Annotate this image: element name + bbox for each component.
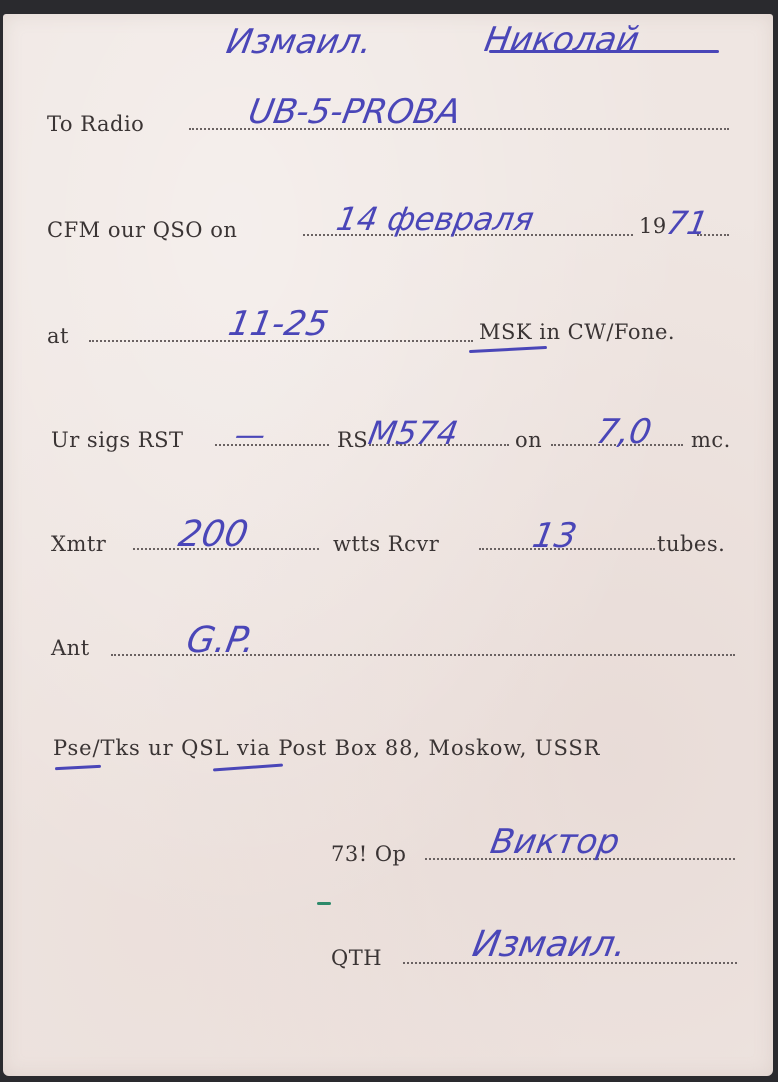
freq-on-label: on [515, 428, 542, 452]
qso-year-line [697, 234, 729, 236]
time-suffix: MSK in CW/Fone. [479, 320, 675, 344]
qso-year-handwritten: 71 [664, 204, 711, 242]
pse-underline [55, 765, 101, 770]
rst-value: — [232, 418, 268, 453]
time-label: at [47, 324, 69, 348]
xmtr-value: 200 [175, 514, 251, 555]
qso-date-label: CFM our QSO on [47, 218, 237, 242]
rst-label: Ur sigs RST [51, 428, 184, 452]
time-value: 11-25 [225, 304, 331, 344]
qso-year-printed: 19 [639, 214, 667, 238]
freq-value: 7,0 [593, 412, 654, 452]
antenna-label: Ant [51, 636, 90, 660]
qsl-via-text: Pse/Tks ur QSL via Post Box 88, Moskow, … [53, 736, 600, 760]
antenna-value: G.P. [183, 620, 258, 661]
rsm-label: RS [337, 428, 368, 452]
stray-ink-mark [317, 902, 331, 905]
rcvr-value: 13 [529, 516, 579, 556]
qth-value: Измаил. [469, 924, 629, 965]
header-city: Измаил. [223, 22, 375, 62]
qso-date-value: 14 февраля [334, 200, 537, 238]
header-name: Николай [481, 20, 642, 60]
rsm-value: M574 [366, 414, 461, 452]
tubes-unit: tubes. [657, 532, 725, 556]
operator-label: 73! Op [331, 842, 407, 866]
operator-value: Виктор [487, 822, 622, 862]
xmtr-label: Xmtr [51, 532, 106, 556]
qth-label: QTH [331, 946, 382, 970]
rsm-line [369, 444, 509, 446]
qsl-card: Измаил. Николай To Radio UB-5-PROBA CFM … [3, 14, 773, 1076]
freq-unit: mc. [691, 428, 731, 452]
qsl-underline [213, 764, 283, 772]
msk-underline [469, 346, 547, 353]
header-name-underline [489, 50, 719, 53]
wtts-rcvr-label: wtts Rcvr [333, 532, 439, 556]
to-radio-value: UB-5-PROBA [245, 92, 463, 132]
to-radio-label: To Radio [47, 112, 144, 136]
